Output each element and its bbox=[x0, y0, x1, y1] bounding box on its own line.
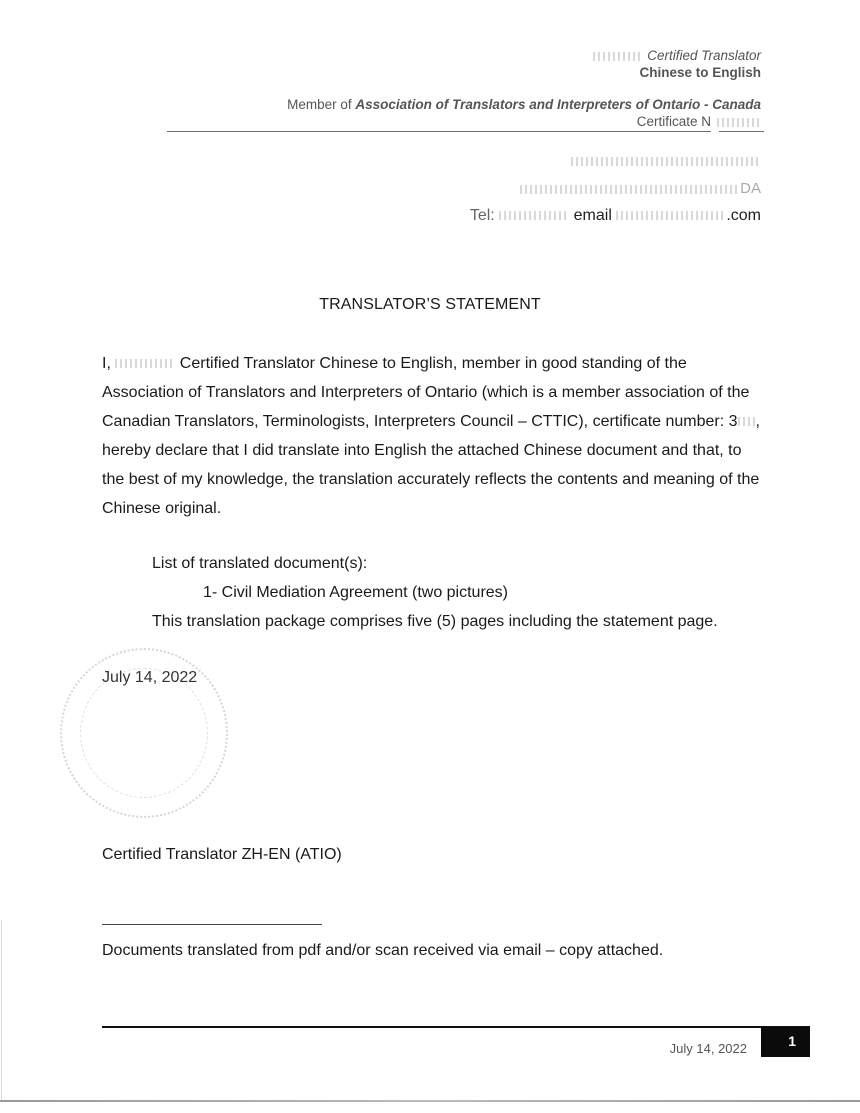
package-note: This translation package comprises five … bbox=[152, 613, 718, 631]
header-rule-segment bbox=[719, 131, 764, 132]
email-suffix: .com bbox=[726, 207, 761, 224]
footer-date: July 14, 2022 bbox=[670, 1041, 747, 1056]
translator-seal-inner-ring bbox=[80, 668, 208, 798]
member-prefix: Member of bbox=[287, 97, 355, 112]
translator-title-text: Certified Translator bbox=[647, 48, 761, 63]
source-note: Documents translated from pdf and/or sca… bbox=[102, 942, 663, 960]
document-list-item: 1- Civil Mediation Agreement (two pictur… bbox=[203, 584, 508, 602]
redacted-cert-digits bbox=[738, 417, 756, 426]
address-line-2: DA bbox=[520, 180, 761, 197]
address-line-1 bbox=[571, 152, 761, 169]
redacted-address-2 bbox=[520, 185, 740, 194]
scan-edge-left bbox=[1, 920, 2, 1100]
address-suffix: DA bbox=[740, 180, 761, 197]
certificate-label: Certificate N bbox=[637, 114, 711, 129]
language-pair: Chinese to English bbox=[639, 65, 761, 80]
email-label: email bbox=[574, 207, 612, 224]
redacted-certificate-number bbox=[717, 118, 761, 127]
header-rule bbox=[167, 131, 711, 132]
translator-title: Certified Translator bbox=[593, 48, 761, 63]
paragraph-start: I, bbox=[102, 355, 111, 372]
statement-title: TRANSLATOR’S STATEMENT bbox=[0, 296, 860, 314]
redacted-phone bbox=[499, 211, 569, 220]
signature-line bbox=[102, 924, 322, 925]
association-name: Association of Translators and Interpret… bbox=[355, 97, 761, 112]
footer-rule bbox=[102, 1026, 810, 1028]
redacted-email bbox=[616, 211, 726, 220]
signature-date: July 14, 2022 bbox=[102, 669, 197, 687]
redacted-translator-name bbox=[115, 359, 175, 368]
statement-paragraph: I, Certified Translator Chinese to Engli… bbox=[102, 349, 762, 523]
paragraph-body: Certified Translator Chinese to English,… bbox=[102, 355, 749, 430]
scan-edge-bottom bbox=[0, 1100, 860, 1102]
tel-label: Tel: bbox=[470, 207, 495, 224]
contact-line: Tel: email .com bbox=[470, 207, 761, 225]
page-number: 1 bbox=[761, 1027, 810, 1057]
redacted-name bbox=[593, 52, 641, 61]
signatory-role: Certified Translator ZH-EN (ATIO) bbox=[102, 846, 342, 864]
documents-list-label: List of translated document(s): bbox=[152, 555, 367, 573]
membership-line: Member of Association of Translators and… bbox=[287, 97, 761, 112]
certificate-line: Certificate N bbox=[637, 114, 761, 129]
redacted-address-1 bbox=[571, 157, 761, 166]
